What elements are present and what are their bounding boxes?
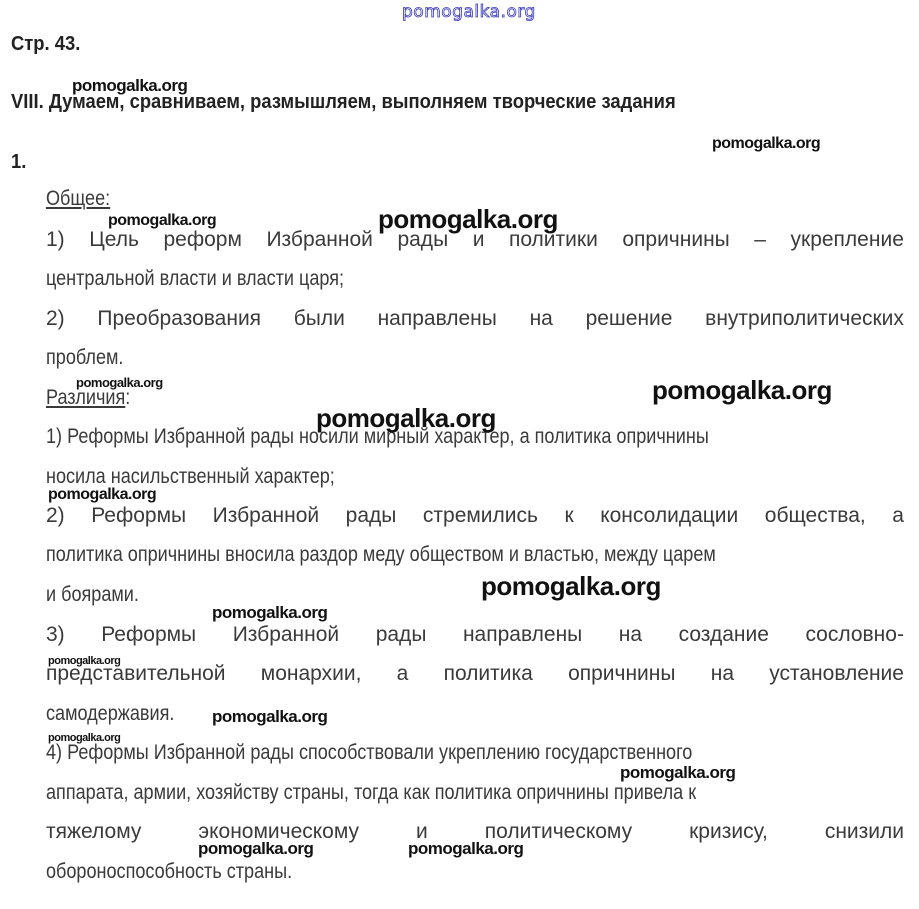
watermark: pomogalka.org [481, 571, 661, 602]
watermark: pomogalka.org [652, 375, 832, 406]
difference-line: представительноймонархии,аполитикаопричн… [46, 662, 904, 686]
difference-line: и боярами. [46, 583, 784, 607]
watermark: pomogalka.org [212, 707, 327, 727]
watermark: pomogalka.org [198, 839, 313, 859]
common-line: центральной власти и власти царя; [46, 267, 784, 291]
watermark-top: pomogalka.org [402, 2, 536, 22]
difference-line: носила насильственный характер; [46, 465, 784, 489]
watermark: pomogalka.org [408, 839, 523, 859]
difference-line: 4) Реформы Избранной рады способствовали… [46, 741, 784, 765]
common-line: 2)Преобразованиябылинаправленынарешениев… [46, 307, 904, 331]
difference-line: аппарата, армии, хозяйству страны, тогда… [46, 781, 784, 805]
difference-line: обороноспособность страны. [46, 860, 784, 884]
watermark: pomogalka.org [620, 763, 735, 783]
difference-line: политика опричнины вносила раздор меду о… [46, 543, 784, 567]
page-number: Стр. 43. [11, 33, 80, 56]
task-number: 1. [11, 151, 26, 174]
watermark: pomogalka.org [72, 76, 187, 96]
watermark: pomogalka.org [108, 212, 216, 230]
watermark: pomogalka.org [378, 204, 558, 235]
common-line: проблем. [46, 346, 784, 370]
watermark: pomogalka.org [76, 375, 163, 390]
watermark: pomogalka.org [48, 486, 156, 504]
watermark: pomogalka.org [212, 603, 327, 623]
watermark: pomogalka.org [316, 403, 496, 434]
watermark: pomogalka.org [712, 135, 820, 153]
difference-line: 3)РеформыИзбраннойрадынаправленынасоздан… [46, 623, 904, 647]
difference-line: 2)РеформыИзбраннойрадыстремилиськконсоли… [46, 504, 904, 528]
difference-line: самодержавия. [46, 702, 784, 726]
watermark: pomogalka.org [48, 732, 120, 744]
watermark: pomogalka.org [48, 655, 120, 667]
